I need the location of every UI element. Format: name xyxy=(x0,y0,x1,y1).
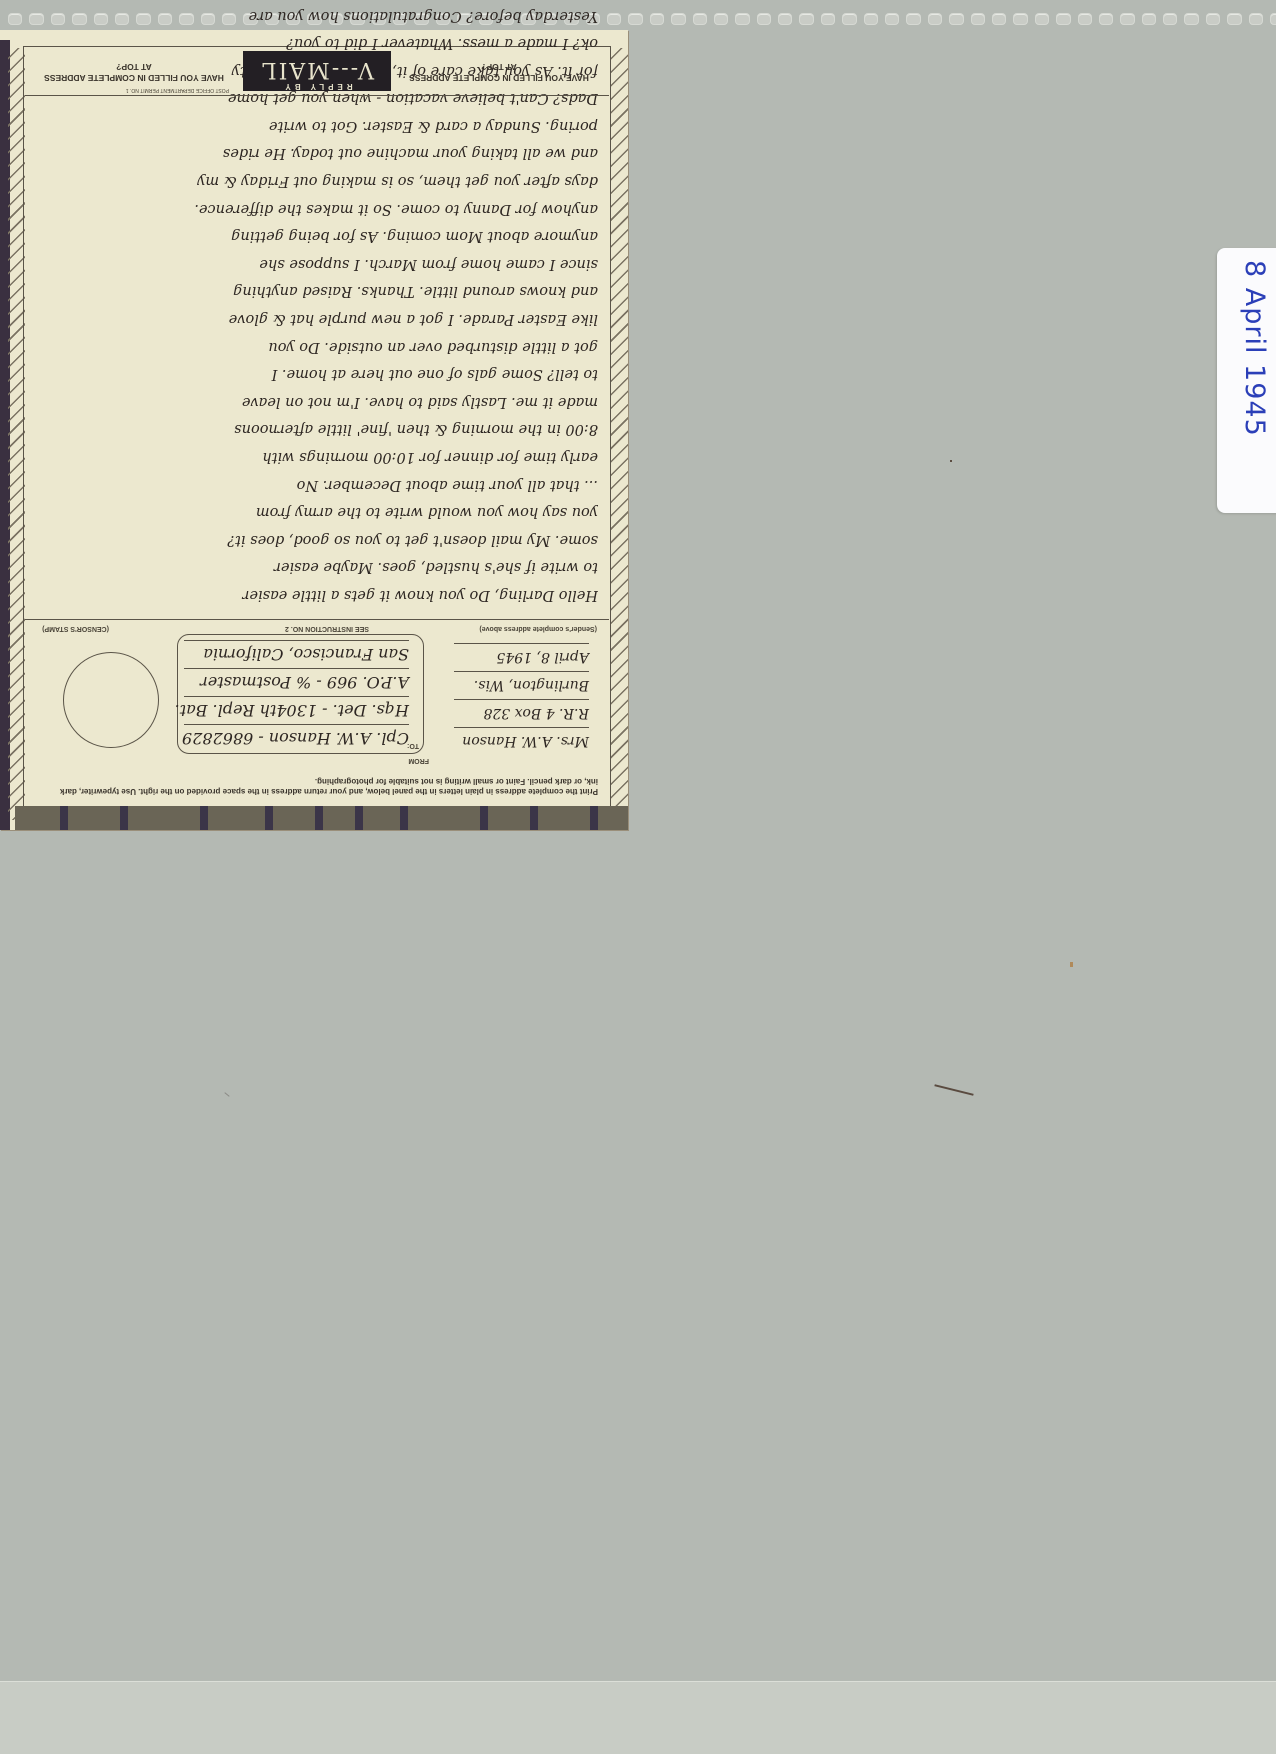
vmail-logo: REPLY BY V---MAIL xyxy=(243,51,391,91)
letter-line: got a little disturbed over an outside. … xyxy=(38,332,598,360)
to-line-1: Cpl. A.W. Hanson - 6862829 xyxy=(184,724,409,751)
hatched-border-left xyxy=(611,48,628,820)
letter-line: anymore about Mom coming. As for being g… xyxy=(38,222,598,250)
letter-line: Yesterday before? Congratulations how yo… xyxy=(38,1,598,29)
censor-stamp-circle xyxy=(63,652,159,748)
date-label: 8 April 1945 xyxy=(1239,260,1270,437)
vmail-banner: HAVE YOU FILLED IN COMPLETE ADDRESS AT T… xyxy=(25,47,609,96)
letter-line: days after you get them, so is making ou… xyxy=(38,167,598,195)
letter-line: like Easter Parade. I got a new purple h… xyxy=(38,304,598,332)
from-line-2: R.R. 4 Box 328 xyxy=(454,699,589,726)
dust-speck xyxy=(224,1092,229,1097)
banner-question-right: HAVE YOU FILLED IN COMPLETE ADDRESS AT T… xyxy=(44,61,224,83)
hair-speck xyxy=(934,1084,973,1096)
dust-speck xyxy=(950,460,952,462)
date-tab: 8 April 1945 xyxy=(1217,248,1276,513)
dust-speck xyxy=(1070,962,1073,967)
letter-line: early time for dinner for 10:00 mornings… xyxy=(38,442,598,470)
letter-line: to tell? Some gals of one out here at ho… xyxy=(38,360,598,388)
from-line-3: Burlington, Wis. xyxy=(454,671,589,698)
letter-line: if we will. Will you have time this a da… xyxy=(38,0,598,1)
sender-note: (Sender's complete address above) xyxy=(479,625,597,632)
letter-line: since I came home from March. I suppose … xyxy=(38,249,598,277)
vmail-title: V---MAIL xyxy=(243,56,391,82)
recipient-address-box: TO: Cpl. A.W. Hanson - 6862829 Hqs. Det.… xyxy=(177,634,424,754)
letter-line: and knows around little. Thanks. Raised … xyxy=(38,277,598,305)
from-line-4: April 8, 1945 xyxy=(454,643,589,670)
letter-line: made it me. Lastly said to have. I'm not… xyxy=(38,387,598,415)
letter-rotated-content: Print the complete address in plain lett… xyxy=(0,30,628,830)
reply-by-label: REPLY BY xyxy=(243,82,391,91)
letter-line: and we all taking your machine out today… xyxy=(38,139,598,167)
sleeve-bottom-edge xyxy=(0,1681,1276,1754)
see-instruction: SEE INSTRUCTION NO. 2 xyxy=(285,625,369,632)
letter-line: poring. Sunday a card & Easter. Got to w… xyxy=(38,111,598,139)
from-label: FROM xyxy=(408,757,429,764)
letter-line: ... that all your time about December. N… xyxy=(38,470,598,498)
banner-question-left: HAVE YOU FILLED IN COMPLETE ADDRESS AT T… xyxy=(409,61,589,83)
letter-line: 8:00 in the morning & then 'fine' little… xyxy=(38,415,598,443)
letter-line: anyhow for Danny to come. So it makes th… xyxy=(38,194,598,222)
addressing-instructions: Print the complete address in plain lett… xyxy=(58,776,598,796)
address-panel: FROM TO: Cpl. A.W. Hanson - 6862829 Hqs.… xyxy=(25,619,609,770)
from-line-1: Mrs. A.W. Hanson xyxy=(454,727,589,754)
vmail-letter: Print the complete address in plain lett… xyxy=(0,30,628,830)
to-line-2: Hqs. Det. - 1304th Repl. Bat. xyxy=(184,696,409,723)
letter-line: to write if she's hustled, goes. Maybe e… xyxy=(38,553,598,581)
permit-text: POST OFFICE DEPARTMENT PERMIT NO. 1 xyxy=(126,87,229,93)
to-line-3: A.P.O. 969 - % Postmaster xyxy=(184,668,409,695)
to-line-4: San Francisco, California xyxy=(184,640,409,667)
censor-label: (CENSOR'S STAMP) xyxy=(42,625,109,632)
letter-line: you say how you would write to the army … xyxy=(38,498,598,526)
letter-line: Hello Darling, Do you know it gets a lit… xyxy=(38,580,598,608)
film-strip xyxy=(15,806,628,830)
letter-line: some. My mail doesn't get to you so good… xyxy=(38,525,598,553)
